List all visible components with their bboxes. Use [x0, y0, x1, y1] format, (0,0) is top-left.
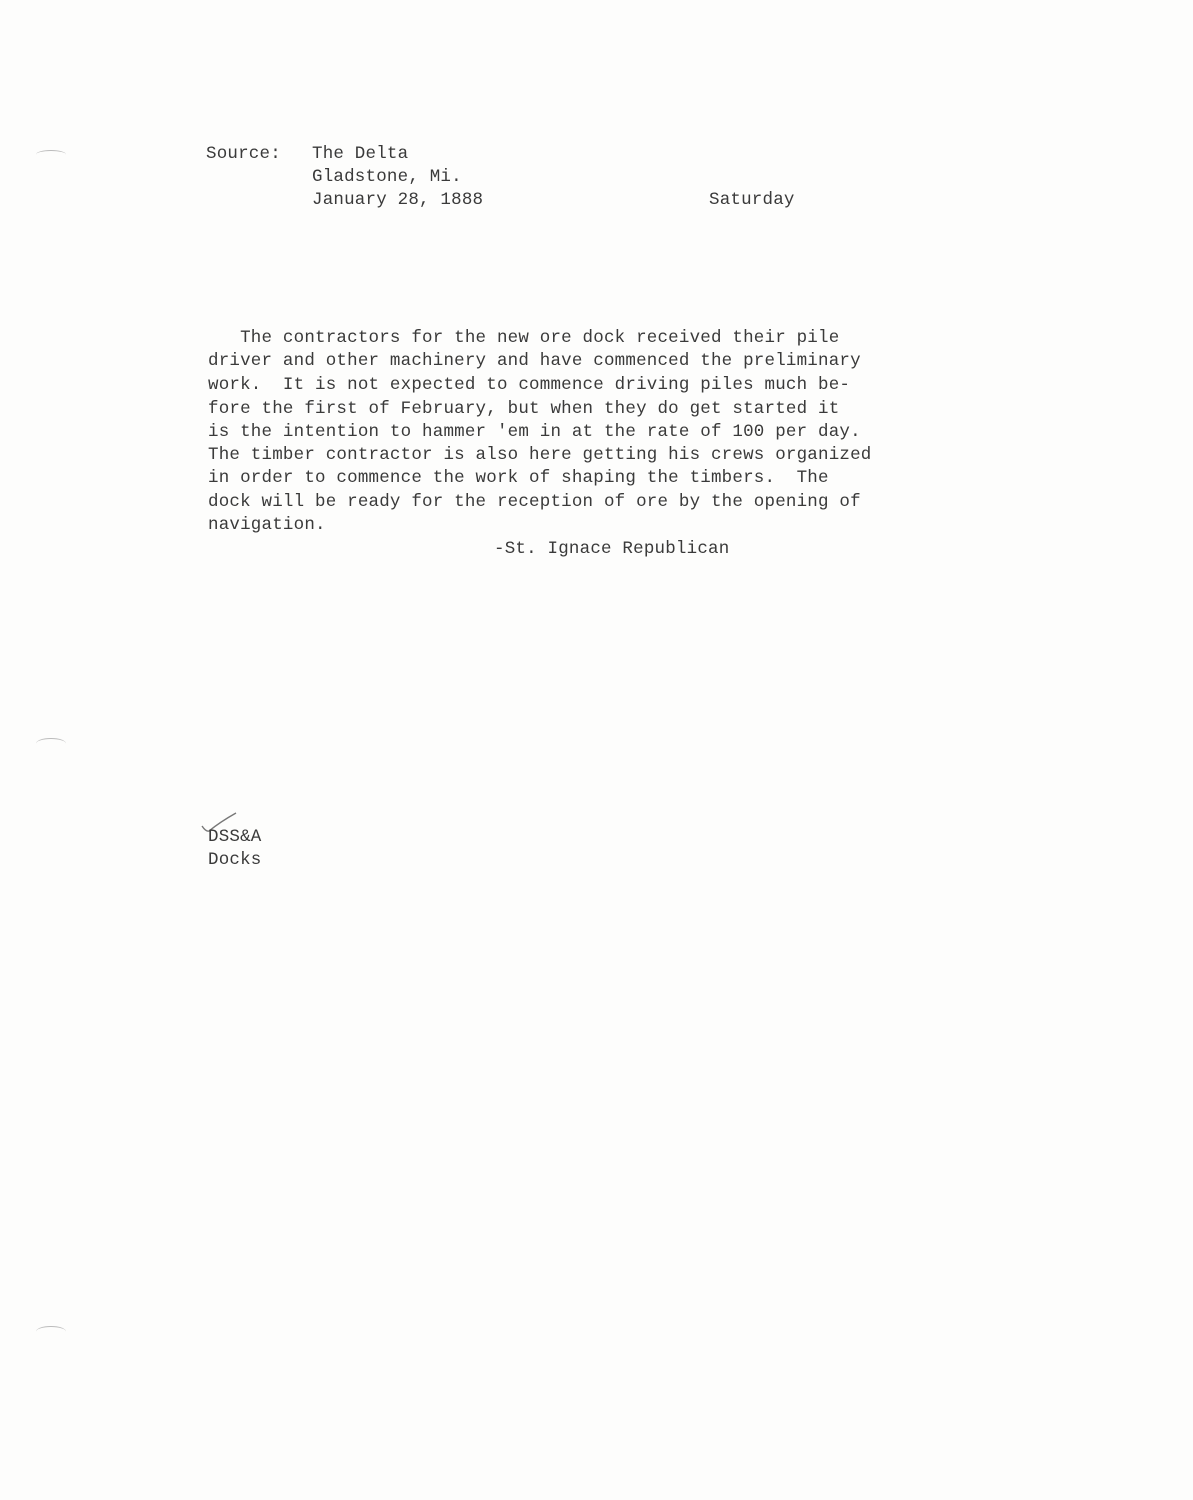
- article-line: fore the first of February, but when the…: [208, 398, 839, 422]
- article-line: dock will be ready for the reception of …: [208, 491, 861, 515]
- article-line: is the intention to hammer 'em in at the…: [208, 421, 861, 445]
- source-location: Gladstone, Mi.: [312, 166, 462, 190]
- article-line: The timber contractor is also here getti…: [208, 444, 872, 468]
- article-line: work. It is not expected to commence dri…: [208, 374, 850, 398]
- attribution: -St. Ignace Republican: [494, 538, 729, 562]
- source-day: Saturday: [709, 189, 795, 213]
- filing-category: Docks: [208, 849, 262, 873]
- source-date: January 28, 1888: [312, 189, 483, 213]
- source-label: Source:: [206, 143, 281, 167]
- punch-mark-1: [36, 150, 66, 159]
- article-line: The contractors for the new ore dock rec…: [208, 327, 839, 351]
- article-line: in order to commence the work of shaping…: [208, 467, 829, 491]
- filing-code: DSS&A: [208, 826, 262, 850]
- punch-mark-3: [36, 1326, 66, 1337]
- article-line: navigation.: [208, 514, 326, 538]
- source-publication: The Delta: [312, 143, 408, 167]
- article-line: driver and other machinery and have comm…: [208, 350, 861, 374]
- punch-mark-2: [36, 738, 66, 749]
